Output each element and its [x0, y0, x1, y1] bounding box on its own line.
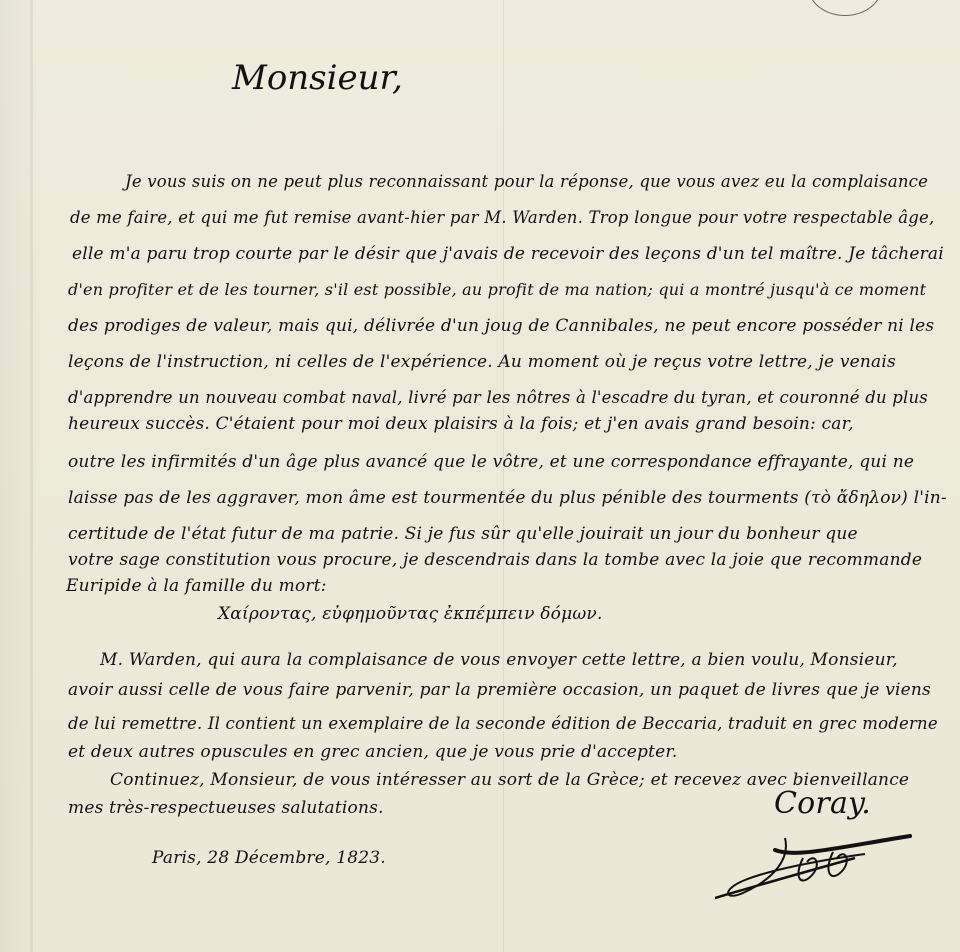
paper-edge: [30, 0, 33, 952]
letter-line: laisse pas de les aggraver, mon âme est …: [68, 488, 947, 508]
letter-line: certitude de l'état futur de ma patrie. …: [68, 524, 858, 544]
greek-quotation: Χαίροντας, εὐφημοῦντας ἐκπέμπειν δόμων.: [218, 604, 603, 624]
archive-stamp: [808, 0, 882, 16]
letter-line: avoir aussi celle de vous faire parvenir…: [68, 680, 931, 700]
letter-line: M. Warden, qui aura la complaisance de v…: [100, 650, 898, 670]
letter-line: leçons de l'instruction, ni celles de l'…: [68, 352, 896, 372]
letter-line: elle m'a paru trop courte par le désir q…: [72, 244, 944, 264]
signature: Coray.: [774, 786, 871, 821]
letter-line: votre sage constitution vous procure, je…: [68, 550, 922, 570]
paper-fold: [503, 0, 504, 952]
letter-line: des prodiges de valeur, mais qui, délivr…: [68, 316, 934, 336]
letter-line: heureux succès. C'étaient pour moi deux …: [68, 414, 854, 434]
salutation: Monsieur,: [232, 58, 403, 98]
letter-line: d'en profiter et de les tourner, s'il es…: [68, 280, 926, 299]
letter-line: de lui remettre. Il contient un exemplai…: [68, 714, 938, 733]
letter-line: de me faire, et qui me fut remise avant-…: [70, 208, 934, 227]
signature-flourish-icon: [715, 828, 915, 908]
letter-page: Monsieur, Je vous suis on ne peut plus r…: [0, 0, 960, 952]
letter-line: Je vous suis on ne peut plus reconnaissa…: [125, 172, 928, 191]
dateline: Paris, 28 Décembre, 1823.: [152, 848, 386, 868]
letter-line: outre les infirmités d'un âge plus avanc…: [68, 452, 914, 472]
letter-line: et deux autres opuscules en grec ancien,…: [68, 742, 677, 762]
letter-line: Euripide à la famille du mort:: [66, 576, 327, 596]
letter-line: d'apprendre un nouveau combat naval, liv…: [68, 388, 928, 407]
letter-line: mes très-respectueuses salutations.: [68, 798, 384, 818]
